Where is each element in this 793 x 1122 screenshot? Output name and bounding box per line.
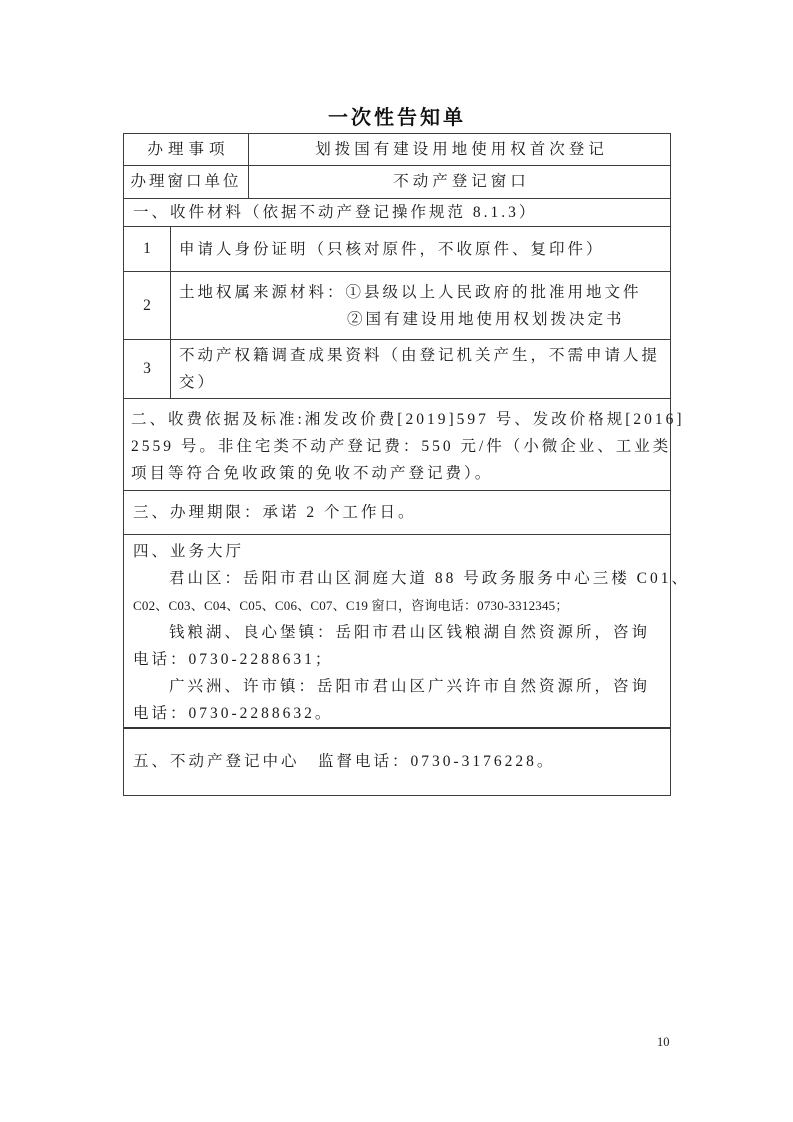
hall-text-line: 广兴洲、许市镇：岳阳市君山区广兴许市自然资源所，咨询 [133,673,664,700]
material-text: 申请人身份证明（只核对原件，不收原件、复印件） [179,236,670,263]
page-title: 一次性告知单 [123,101,671,130]
number-cell: 3 [124,340,171,398]
label-cell: 办理事项 [124,134,249,165]
hall-text-line: 钱粮湖、良心堡镇：岳阳市君山区钱粮湖自然资源所，咨询 [133,619,664,646]
material-text-line: 土地权属来源材料：①县级以上人民政府的批准用地文件 [179,279,670,306]
material-text-line: ②国有建设用地使用权划拨决定书 [179,306,670,333]
notice-table: 办理事项 划拨国有建设用地使用权首次登记 办理窗口单位 不动产登记窗口 一、收件… [123,133,671,796]
row-time-limit: 三、办理期限：承诺 2 个工作日。 [124,490,670,534]
label-cell: 办理窗口单位 [124,166,249,198]
hall-text-line: C02、C03、C04、C05、C06、C07、C19 窗口，咨询电话：0730… [133,592,664,619]
page-number: 10 [657,1035,670,1050]
content-cell: 不动产权籍调查成果资料（由登记机关产生，不需申请人提 交） [171,340,670,398]
material-text-line: 不动产权籍调查成果资料（由登记机关产生，不需申请人提 [179,342,670,369]
document-page: 一次性告知单 办理事项 划拨国有建设用地使用权首次登记 办理窗口单位 不动产登记… [0,0,793,1122]
row-fees: 二、收费依据及标准:湘发改价费[2019]597 号、发改价格规[2016] 2… [124,398,670,490]
hall-text-line: 电话：0730-2288632。 [133,700,664,727]
material-text-line: 交） [179,369,670,396]
number-cell: 2 [124,272,171,339]
fees-text-line: 项目等符合免收政策的免收不动产登记费）。 [131,460,664,487]
value-cell: 不动产登记窗口 [249,166,670,198]
value-cell: 划拨国有建设用地使用权首次登记 [249,134,670,165]
row-service-halls: 四、业务大厅 君山区：岳阳市君山区洞庭大道 88 号政务服务中心三楼 C01、 … [124,534,670,727]
content-cell: 申请人身份证明（只核对原件，不收原件、复印件） [171,227,670,271]
row-registration-center: 五、不动产登记中心 监督电话：0730-3176228。 [124,727,670,795]
row-processing-window: 办理窗口单位 不动产登记窗口 [124,165,670,198]
hall-text-line: 君山区：岳阳市君山区洞庭大道 88 号政务服务中心三楼 C01、 [133,565,664,592]
fees-text-line: 二、收费依据及标准:湘发改价费[2019]597 号、发改价格规[2016] [131,406,664,433]
row-material-1: 1 申请人身份证明（只核对原件，不收原件、复印件） [124,226,670,271]
hall-text-line: 四、业务大厅 [133,538,664,565]
content-cell: 土地权属来源材料：①县级以上人民政府的批准用地文件 ②国有建设用地使用权划拨决定… [171,272,670,339]
row-processing-item: 办理事项 划拨国有建设用地使用权首次登记 [124,134,670,165]
number-cell: 1 [124,227,171,271]
row-material-2: 2 土地权属来源材料：①县级以上人民政府的批准用地文件 ②国有建设用地使用权划拨… [124,271,670,339]
row-materials-header: 一、收件材料（依据不动产登记操作规范 8.1.3） [124,198,670,226]
fees-text-line: 2559 号。非住宅类不动产登记费：550 元/件（小微企业、工业类 [131,433,664,460]
row-material-3: 3 不动产权籍调查成果资料（由登记机关产生，不需申请人提 交） [124,339,670,398]
hall-text-line: 电话：0730-2288631； [133,646,664,673]
